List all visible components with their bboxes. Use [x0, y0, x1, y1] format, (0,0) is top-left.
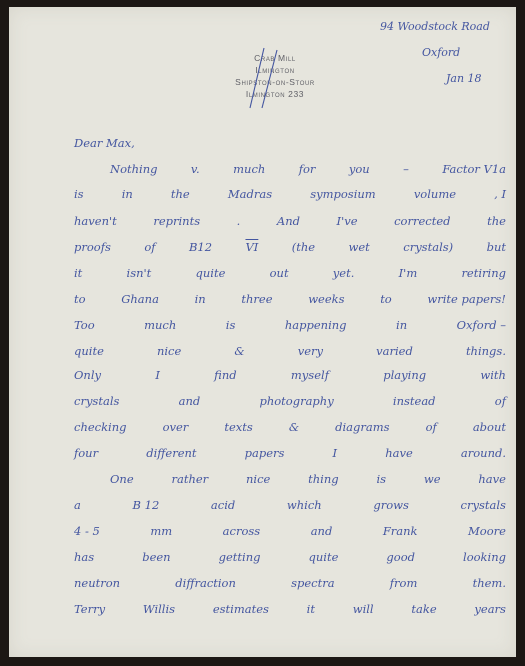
- letter-word: , I: [494, 187, 506, 201]
- letter-word: to: [74, 292, 86, 306]
- letter-line: crystalsandphotographyinsteadof: [74, 394, 506, 408]
- letter-word: diffraction: [175, 576, 236, 590]
- letter-word: about: [473, 420, 506, 434]
- letter-word: acid: [211, 498, 235, 512]
- letter-word: looking: [463, 550, 506, 564]
- letter-word: Frank: [383, 524, 418, 538]
- letter-word: mm: [150, 524, 172, 538]
- letter-line: itisn'tquiteoutyet.I'mretiring: [74, 266, 506, 280]
- letter-line: haven'treprints.AndI'vecorrectedthe: [74, 214, 506, 228]
- letter-word: which: [287, 498, 322, 512]
- letter-word: Factor V1a: [442, 162, 506, 176]
- letter-line: quitenice&veryvariedthings.: [74, 344, 506, 358]
- letter-word: it: [74, 266, 82, 280]
- letter-word: corrected: [394, 214, 450, 228]
- letter-word: &: [289, 420, 299, 434]
- letter-line: toGhanainthreeweekstowrite papers!: [74, 292, 506, 306]
- letter-word: symposium: [310, 187, 375, 201]
- letter-word: a: [74, 498, 81, 512]
- letter-word: of: [144, 240, 155, 254]
- letter-word: B 12: [133, 498, 160, 512]
- letter-line: Onerathernicethingiswehave: [74, 472, 506, 486]
- letter-word: I've: [337, 214, 358, 228]
- letter-line: hasbeengettingquitegoodlooking: [74, 550, 506, 564]
- letter-word: things.: [466, 344, 506, 358]
- salutation: Dear Max,: [74, 136, 506, 150]
- letter-word: much: [233, 162, 265, 176]
- letter-line: aB 12acidwhichgrowscrystals: [74, 498, 506, 512]
- letter-word: the: [487, 214, 506, 228]
- letter-word: take: [411, 602, 436, 616]
- letter-word: rather: [171, 472, 208, 486]
- letter-word: Moore: [468, 524, 506, 538]
- letter-word: quite: [309, 550, 339, 564]
- letter-word: we: [424, 472, 441, 486]
- letter-word: weeks: [308, 292, 344, 306]
- letter-word: VI: [245, 240, 258, 254]
- letter-date: Jan 18: [446, 72, 482, 85]
- letter-line: Nothingv.muchforyou–Factor V1a: [74, 162, 506, 176]
- letter-word: One: [110, 472, 134, 486]
- letter-word: three: [241, 292, 272, 306]
- letter-word: nice: [246, 472, 270, 486]
- letter-word: been: [142, 550, 170, 564]
- letter-line: ToomuchishappeninginOxford –: [74, 318, 506, 332]
- letter-word: grows: [373, 498, 409, 512]
- letter-word: v.: [191, 162, 200, 176]
- letter-word: is: [74, 187, 84, 201]
- letter-word: in: [396, 318, 407, 332]
- letter-word: haven't: [74, 214, 117, 228]
- letter-word: is: [376, 472, 386, 486]
- letter-word: and: [311, 524, 333, 538]
- letter-word: I'm: [399, 266, 418, 280]
- letter-word: from: [390, 576, 418, 590]
- letter-word: write papers!: [427, 292, 506, 306]
- address-city: Oxford: [422, 46, 460, 59]
- letter-word: volume: [414, 187, 456, 201]
- letter-word: in: [122, 187, 133, 201]
- letter-word: of: [495, 394, 506, 408]
- letter-line: neutrondiffractionspectrafromthem.: [74, 576, 506, 590]
- letter-word: Only: [74, 368, 101, 382]
- letter-word: different: [146, 446, 196, 460]
- letter-word: wet: [349, 240, 370, 254]
- letter-word: Too: [74, 318, 95, 332]
- letter-word: checking: [74, 420, 127, 434]
- letter-word: the: [171, 187, 190, 201]
- letter-word: crystals: [461, 498, 506, 512]
- letter-word: around.: [461, 446, 506, 460]
- letter-word: estimates: [213, 602, 269, 616]
- letter-word: with: [480, 368, 506, 382]
- letter-line: isintheMadrassymposiumvolume, I: [74, 187, 506, 201]
- letter-line: fourdifferentpapersIhavearound.: [74, 446, 506, 460]
- letter-word: across: [223, 524, 261, 538]
- letter-line: checkingovertexts&diagramsofabout: [74, 420, 506, 434]
- letter-word: happening: [285, 318, 347, 332]
- letter-word: proofs: [74, 240, 111, 254]
- letter-word: you: [349, 162, 370, 176]
- letter-word: Terry: [74, 602, 105, 616]
- letter-line: TerryWillisestimatesitwilltakeyears: [74, 602, 506, 616]
- letter-word: papers: [245, 446, 285, 460]
- letter-word: spectra: [291, 576, 334, 590]
- letter-word: isn't: [127, 266, 152, 280]
- letter-word: Ghana: [121, 292, 159, 306]
- letter-word: out: [270, 266, 289, 280]
- letter-word: neutron: [74, 576, 120, 590]
- letter-word: in: [195, 292, 206, 306]
- letter-word: quite: [74, 344, 104, 358]
- letter-word: of: [426, 420, 437, 434]
- letter-word: And: [277, 214, 300, 228]
- letter-word: diagrams: [335, 420, 389, 434]
- letter-word: .: [237, 214, 241, 228]
- letterhead-strikethrough: [244, 46, 284, 110]
- letter-word: getting: [219, 550, 261, 564]
- letter-line: 4 - 5mmacrossandFrankMoore: [74, 524, 506, 538]
- letter-word: have: [478, 472, 506, 486]
- letter-word: crystals: [74, 394, 119, 408]
- letter-word: four: [74, 446, 98, 460]
- letter-word: very: [298, 344, 323, 358]
- letter-word: yet.: [333, 266, 355, 280]
- letter-word: Madras: [228, 187, 272, 201]
- letter-word: Nothing: [110, 162, 157, 176]
- letter-word: –: [403, 162, 409, 176]
- letter-word: texts: [224, 420, 252, 434]
- letter-word: (the: [292, 240, 315, 254]
- letter-word: but: [487, 240, 506, 254]
- letter-word: instead: [393, 394, 436, 408]
- letter-word: quite: [196, 266, 226, 280]
- letter-word: 4 - 5: [74, 524, 100, 538]
- letter-word: is: [226, 318, 236, 332]
- letter-word: over: [163, 420, 189, 434]
- letter-word: to: [380, 292, 392, 306]
- letter-word: much: [144, 318, 176, 332]
- letter-word: myself: [291, 368, 329, 382]
- letter-word: will: [353, 602, 374, 616]
- letter-word: reprints: [153, 214, 200, 228]
- letter-word: varied: [376, 344, 413, 358]
- letter-word: and: [179, 394, 201, 408]
- letter-word: find: [214, 368, 236, 382]
- letter-word: photography: [259, 394, 333, 408]
- letter-word: Oxford –: [457, 318, 506, 332]
- letter-word: I: [155, 368, 160, 382]
- letter-word: thing: [308, 472, 338, 486]
- address-street: 94 Woodstock Road: [380, 20, 490, 33]
- letter-word: retiring: [461, 266, 506, 280]
- letter-word: Willis: [143, 602, 175, 616]
- letter-word: them.: [473, 576, 506, 590]
- letter-word: years: [474, 602, 506, 616]
- letter-word: good: [386, 550, 415, 564]
- letter-word: B12: [189, 240, 212, 254]
- letter-word: I: [333, 446, 338, 460]
- letter-line: proofsofB12VI(thewetcrystals)but: [74, 240, 506, 254]
- letter-word: for: [299, 162, 316, 176]
- letter-word: &: [234, 344, 244, 358]
- letter-word: has: [74, 550, 94, 564]
- letter-word: crystals): [403, 240, 453, 254]
- letter-word: it: [307, 602, 315, 616]
- letter-word: nice: [157, 344, 181, 358]
- letter-word: playing: [383, 368, 426, 382]
- letter-line: OnlyIfindmyselfplayingwith: [74, 368, 506, 382]
- letter-word: have: [385, 446, 413, 460]
